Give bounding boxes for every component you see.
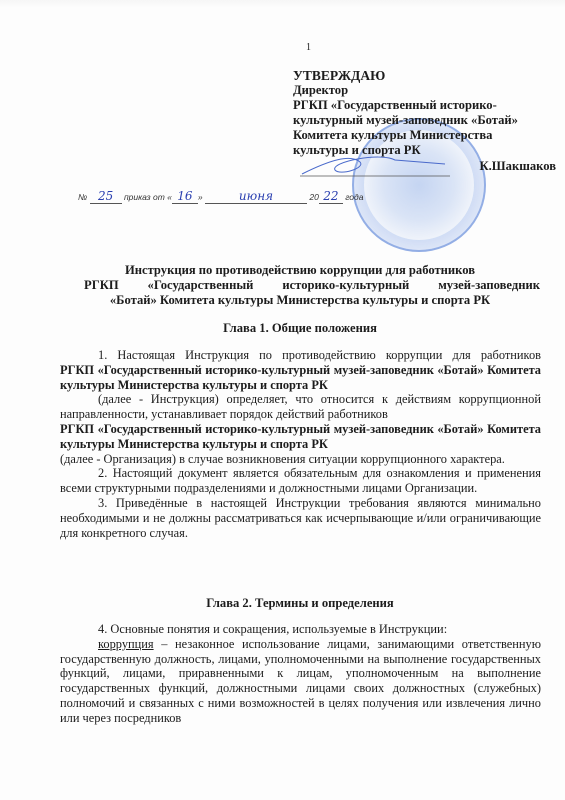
order-reference-line: № 25 приказ от «16» июня 2022 года (78, 189, 363, 204)
paragraph-1-continuation: (далее - Инструкция) определяет, что отн… (60, 392, 541, 422)
chapter-1-body: 1. Настоящая Инструкция по противодейств… (60, 348, 541, 540)
chapter-2-body: 4. Основные понятия и сокращения, исполь… (60, 622, 541, 726)
order-month: июня (205, 189, 307, 204)
approval-org-line: культурный музей-заповедник «Ботай» (293, 113, 565, 128)
order-number-prefix: № (78, 192, 87, 202)
approval-org-line: Комитета культуры Министерства (293, 128, 565, 143)
document-title: Инструкция по противодействию коррупции … (60, 263, 540, 308)
term-corruption: коррупция (98, 637, 154, 651)
paragraph-1-intro: 1. Настоящая Инструкция по противодейств… (60, 348, 541, 363)
paragraph-2: 2. Настоящий документ является обязатель… (60, 466, 541, 496)
order-day: 16 (172, 189, 198, 204)
paragraph-1-org-name-2: РГКП «Государственный историко-культурны… (60, 422, 541, 452)
document-title-line: Инструкция по противодействию коррупции … (60, 263, 540, 278)
approval-title: УТВЕРЖДАЮ (293, 68, 565, 83)
approval-org-line: РГКП «Государственный историко- (293, 98, 565, 113)
handwritten-signature-icon (300, 150, 450, 180)
document-title-line: РГКП «Государственный историко-культурны… (60, 278, 540, 293)
paragraph-1-end: (далее - Организация) в случае возникнов… (60, 452, 541, 467)
chapter-2-heading: Глава 2. Термины и определения (60, 596, 540, 611)
paragraph-4: 4. Основные понятия и сокращения, исполь… (60, 622, 541, 637)
chapter-1-heading: Глава 1. Общие положения (60, 321, 540, 336)
approval-position: Директор (293, 83, 565, 98)
paragraph-3: 3. Приведённые в настоящей Инструкции тр… (60, 496, 541, 540)
order-day-close: » (198, 192, 203, 202)
paragraph-1-org-name: РГКП «Государственный историко-культурны… (60, 363, 541, 393)
document-title-line: «Ботай» Комитета культуры Министерства к… (60, 293, 540, 308)
order-year-label: года (345, 192, 363, 202)
order-label: приказ от « (124, 192, 172, 202)
order-year-prefix: 20 (309, 192, 318, 202)
definition-corruption: коррупция – незаконное использование лиц… (60, 637, 541, 726)
order-year: 22 (319, 189, 343, 204)
document-page: 1 УТВЕРЖДАЮ Директор РГКП «Государственн… (0, 0, 565, 800)
order-number: 25 (90, 189, 122, 204)
page-number: 1 (306, 42, 311, 53)
